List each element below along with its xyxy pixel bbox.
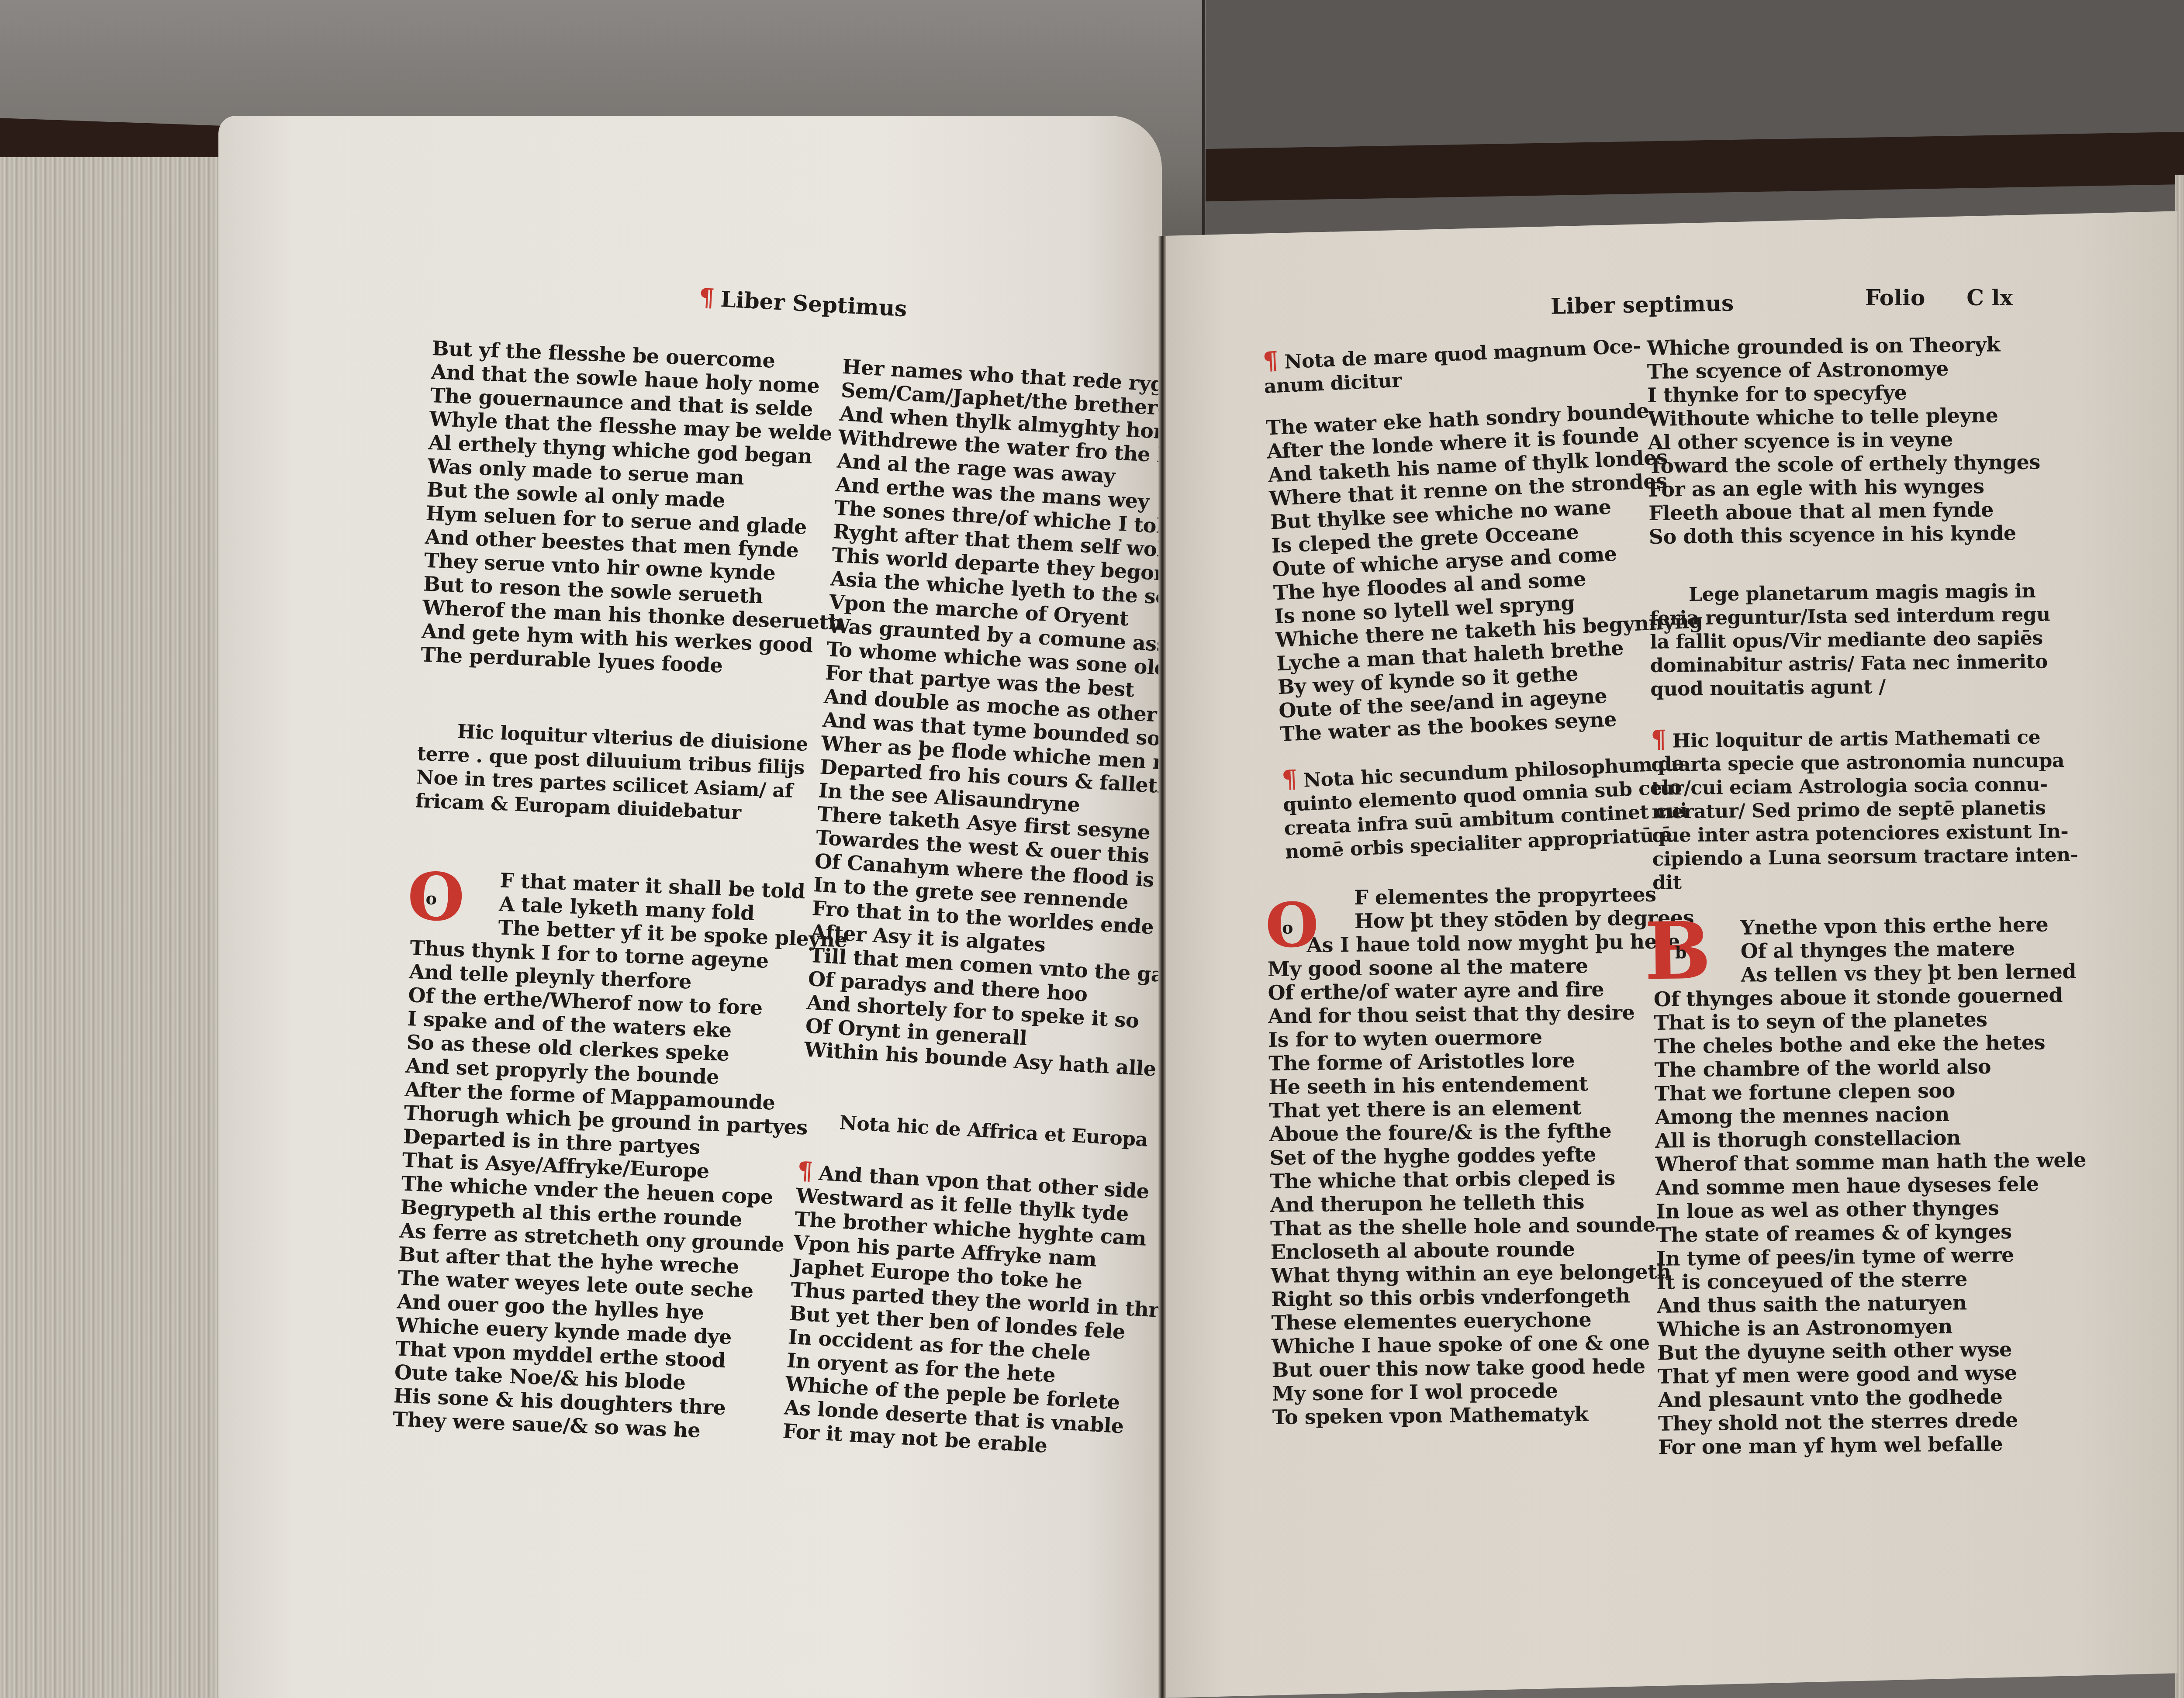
pilcrow-icon: ¶ xyxy=(1281,764,1298,794)
right-column-2: Whiche grounded is on Theoryk The scyenc… xyxy=(1647,332,2089,1459)
verse-line: So doth this scyence in his kynde xyxy=(1649,521,2080,549)
right-running-head: Liber septimus xyxy=(1551,290,1734,319)
pilcrow-icon: ¶ xyxy=(1262,346,1279,376)
book-gutter xyxy=(1158,236,1166,1698)
right-column-1-lower: O o F elementes the propyrtees How þt th… xyxy=(1267,882,1699,1429)
stanza: But yf the flesshe be ouercome And that … xyxy=(420,336,868,682)
latin-verse-note: Lege planetarum magis magis in feria reg… xyxy=(1649,579,2081,701)
stanza-with-initial: O o F that mater it shall be told A tale… xyxy=(392,865,849,1447)
right-column-1: ¶Nota de mare quod magnum Oce- anum dici… xyxy=(1262,330,1713,864)
folio-value: C lx xyxy=(1966,285,2013,311)
verse-line: What thyng within an eye belongeth xyxy=(1271,1260,1698,1287)
verse-line: And somme men haue dyseses fele xyxy=(1655,1172,2087,1200)
display-board xyxy=(1206,0,2184,245)
latin-marginal-note: ¶Nota hic secundum philosophum de quinto… xyxy=(1282,749,1713,864)
verse-line: The cheles bothe and eke the hetes xyxy=(1654,1030,2085,1058)
stanza: Whiche grounded is on Theoryk The scyenc… xyxy=(1647,332,2080,549)
verse-line: For one man yf hym wel befalle xyxy=(1658,1431,2089,1459)
note-line: dit xyxy=(1652,867,2084,895)
pilcrow-icon: ¶ xyxy=(1651,725,1666,754)
board-seam xyxy=(1202,0,1205,245)
verse-line: Of thynges aboue it stonde gouerned xyxy=(1654,983,2085,1011)
verse-line: And for thou seist that thy desire xyxy=(1268,1000,1695,1028)
verse-line: But ouer this now take good hede xyxy=(1272,1354,1699,1382)
guide-letter: b xyxy=(1675,942,1687,962)
note-line: quod nouitatis agunt / xyxy=(1650,673,2081,701)
page-stack-left xyxy=(0,157,227,1698)
latin-marginal-note: Hic loquitur vlterius de diuisione terre… xyxy=(415,718,855,828)
verse-line: That as the shelle hole and sounde xyxy=(1270,1212,1697,1240)
latin-marginal-note: ¶Hic loquitur de artis Mathemati ce quar… xyxy=(1651,723,2083,895)
stanza: The water eke hath sondry bounde After t… xyxy=(1265,397,1707,746)
verse-line: Ynethe vpon this erthe here xyxy=(1653,912,2084,940)
stanza-with-initial: O o F elementes the propyrtees How þt th… xyxy=(1267,882,1699,1429)
folio-label: Folio xyxy=(1865,285,1925,311)
note-line: dominabitur astris/ Fata nec inmerito xyxy=(1650,650,2081,678)
note-line: cipiendo a Luna seorsum tractare inten- xyxy=(1652,843,2083,871)
guide-letter: o xyxy=(425,888,437,908)
verse-line: Toward the scole of erthely thynges xyxy=(1648,450,2079,478)
pilcrow-icon: ¶ xyxy=(797,1156,814,1186)
folio-number: Folio C lx xyxy=(1865,285,2013,311)
note-line: ¶Hic loquitur de artis Mathemati ce xyxy=(1651,723,2082,753)
verse-line: As I haue told now myght þu here xyxy=(1267,929,1694,957)
verse-line: To speken vpon Mathematyk xyxy=(1272,1401,1699,1429)
stanza-with-initial: B b Ynethe vpon this erthe here Of al th… xyxy=(1653,912,2089,1459)
guide-letter: o xyxy=(1282,918,1293,937)
pilcrow-icon: ¶ xyxy=(698,283,715,313)
